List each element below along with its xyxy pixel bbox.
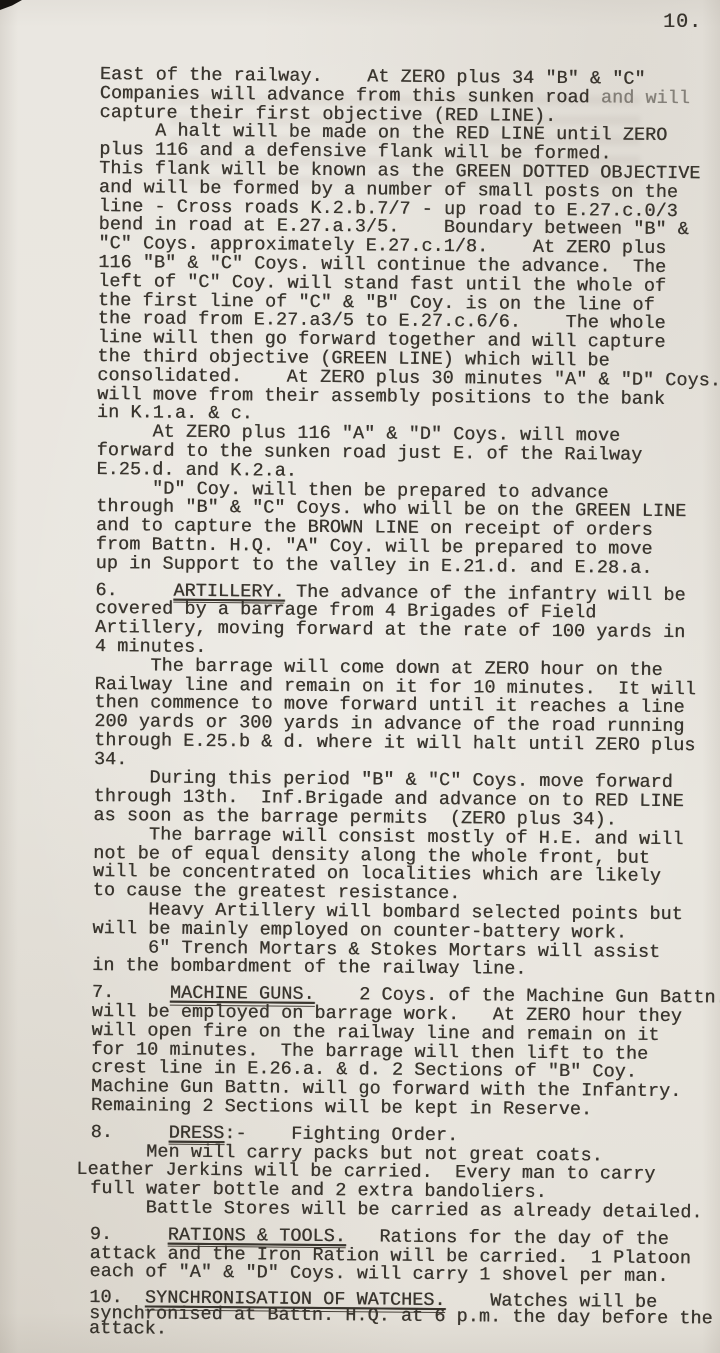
text-line: Battle Stores will be carried as already… — [90, 1199, 720, 1223]
text-segment: in the bombardment of the railway line. — [92, 955, 526, 980]
scanned-page: { "page": { "number": "10." }, "paper": … — [0, 0, 720, 1353]
text-segment: Battle Stores will be carried as already… — [90, 1197, 703, 1223]
section-10-synchronisation: 10. SYNCHRONISATION OF WATCHES. Watches … — [89, 1290, 720, 1342]
text-segment: attack. — [89, 1318, 167, 1340]
document-body: East of the railway. At ZERO plus 34 "B"… — [89, 66, 720, 1342]
text-segment: up in Support to the valley in E.21.d. a… — [96, 553, 653, 579]
scan-corner-mark — [0, 0, 22, 10]
text-segment: Remaining 2 Sections will be kept in Res… — [91, 1095, 592, 1120]
text-line: up in Support to the valley in E.21.d. a… — [96, 555, 720, 579]
section-8-dress: 8. DRESS:- Fighting Order. Men will carr… — [90, 1124, 720, 1224]
section-9-rations-tools: 9. RATIONS & TOOLS. Rations for the day … — [89, 1226, 720, 1288]
page-number: 10. — [663, 11, 702, 34]
text-line: each of "A" & "D" Coys. will carry 1 sho… — [89, 1263, 720, 1287]
body-paragraphs: East of the railway. At ZERO plus 34 "B"… — [96, 66, 720, 579]
section-6-artillery: 6. ARTILLERY. The advance of the infantr… — [92, 581, 720, 981]
faint-text: and will — [601, 87, 690, 109]
text-segment: each of "A" & "D" Coys. will carry 1 sho… — [89, 1261, 668, 1287]
section-7-machine-guns: 7. MACHINE GUNS. 2 Coys. of the Machine … — [91, 984, 720, 1121]
